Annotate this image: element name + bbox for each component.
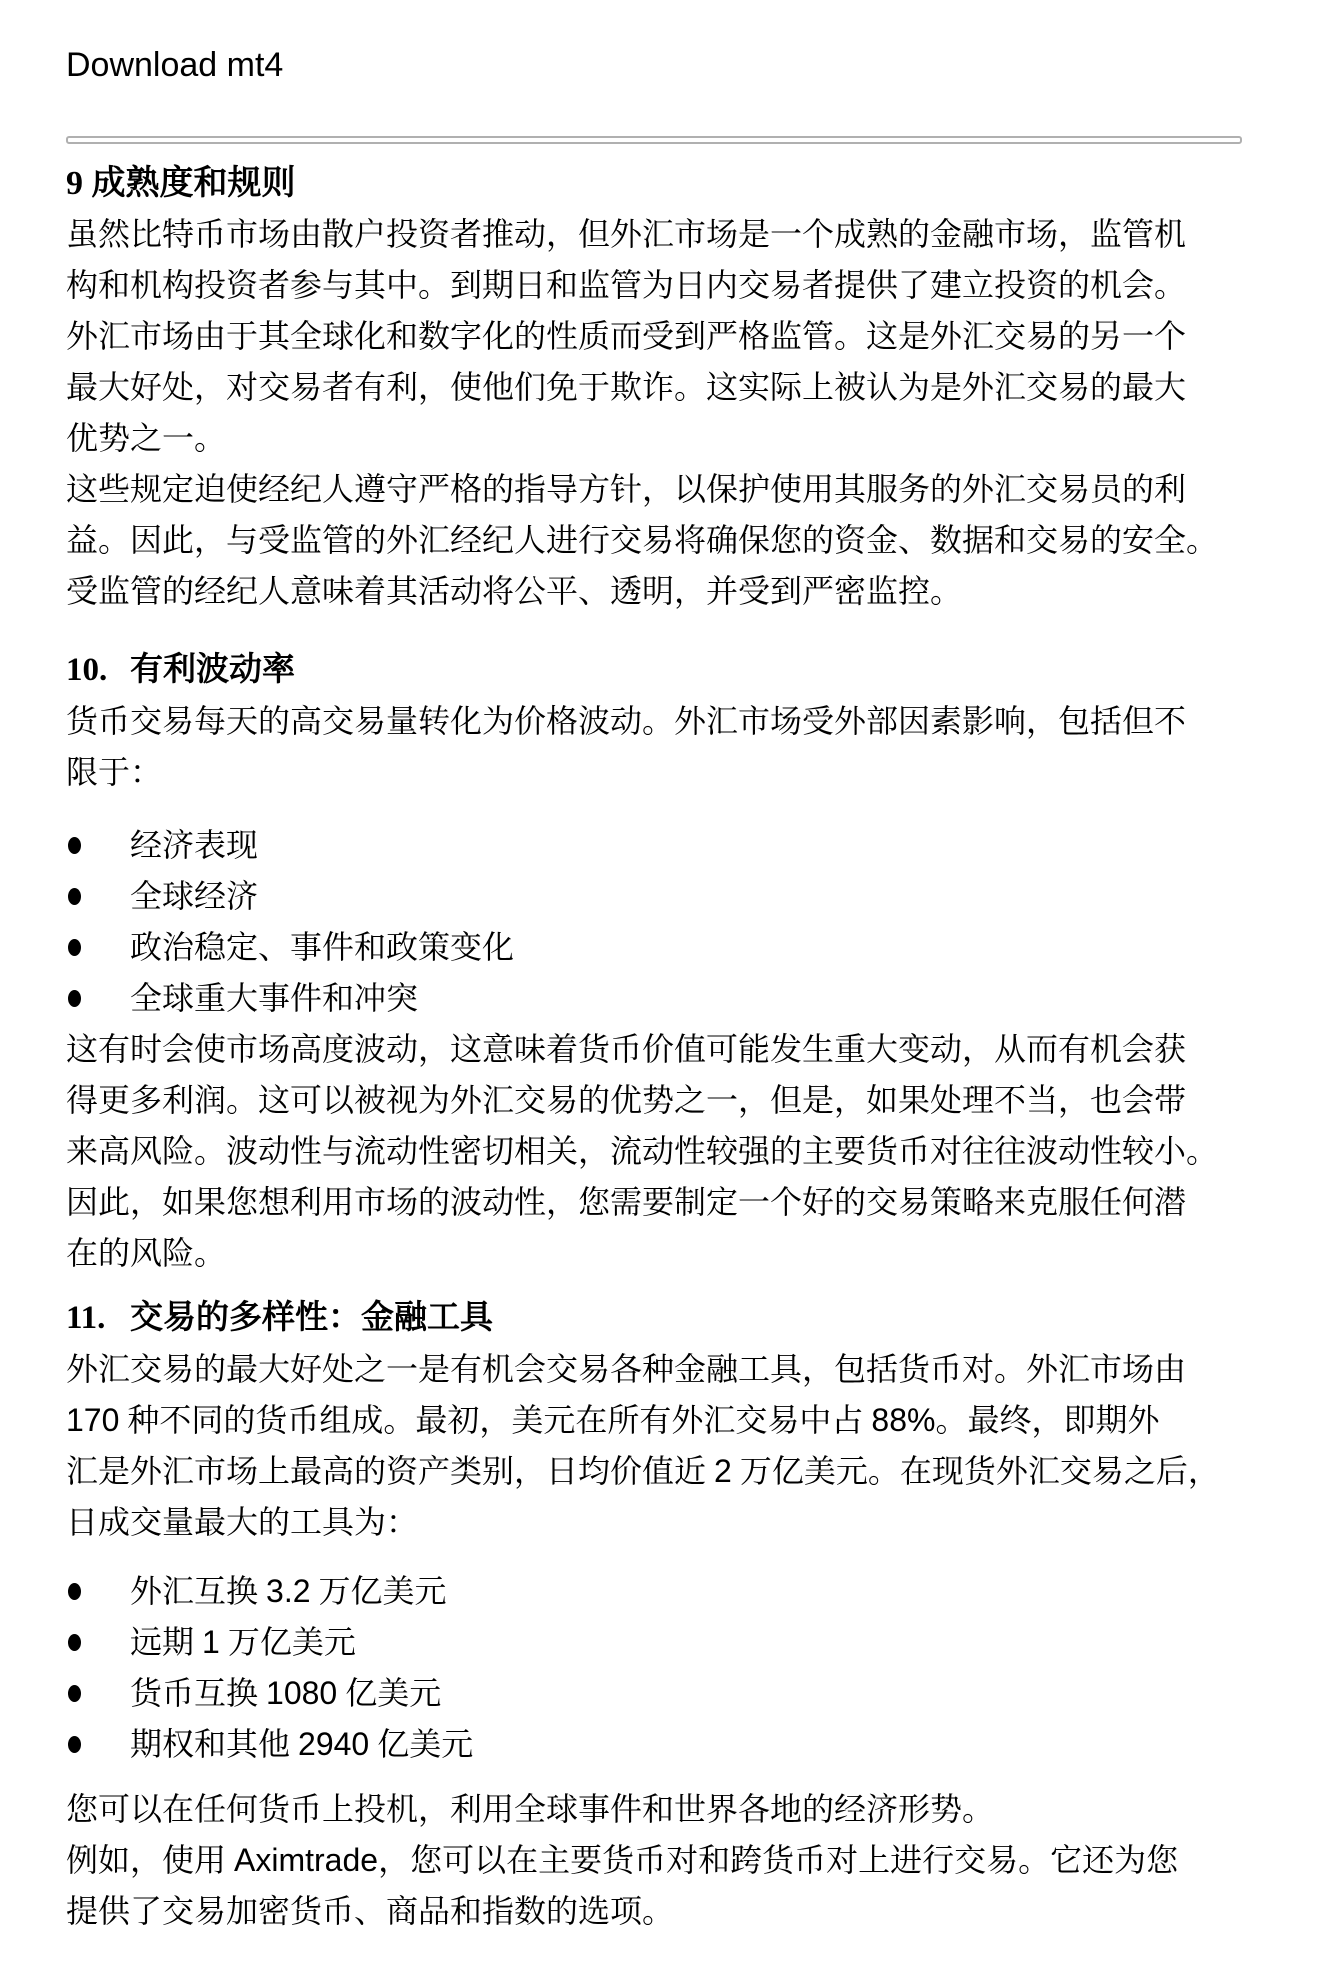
section-11-title: 交易的多样性：金融工具: [130, 1300, 493, 1336]
bullet-icon: [68, 990, 81, 1007]
horizontal-rule: [66, 136, 1242, 144]
section-10-bullet-list: 经济表现 全球经济 政治稳定、事件和政策变化 全球重大事件和冲突: [66, 820, 1242, 1024]
section-10-intro: 货币交易每天的高交易量转化为价格波动。外汇市场受外部因素影响，包括但不 限于：: [66, 696, 1242, 798]
list-item: 全球重大事件和冲突: [66, 973, 1242, 1024]
bullet-icon: [68, 1736, 81, 1753]
list-item: 货币互换 1080 亿美元: [66, 1668, 1242, 1719]
list-item-label: 全球经济: [130, 878, 258, 914]
list-item-label: 全球重大事件和冲突: [130, 980, 418, 1016]
list-item: 外汇互换 3.2 万亿美元: [66, 1566, 1242, 1617]
section-9-heading: 9 成熟度和规则: [66, 158, 1242, 209]
list-item-label: 经济表现: [130, 827, 258, 863]
list-item: 期权和其他 2940 亿美元: [66, 1719, 1242, 1770]
list-item: 远期 1 万亿美元: [66, 1617, 1242, 1668]
list-item-label: 远期 1 万亿美元: [130, 1624, 356, 1660]
bullet-icon: [68, 1634, 81, 1651]
document-page: Download mt4 9 成熟度和规则 虽然比特币市场由散户投资者推动，但外…: [0, 0, 1323, 1969]
bullet-icon: [68, 1685, 81, 1702]
list-item-label: 政治稳定、事件和政策变化: [130, 929, 514, 965]
section-9-paragraph-1: 虽然比特币市场由散户投资者推动，但外汇市场是一个成熟的金融市场，监管机 构和机构…: [66, 209, 1242, 464]
section-11-heading: 11.交易的多样性：金融工具: [66, 1293, 1242, 1344]
section-10-title: 有利波动率: [130, 652, 295, 688]
bullet-icon: [68, 888, 81, 905]
list-item: 政治稳定、事件和政策变化: [66, 922, 1242, 973]
list-item-label: 货币互换 1080 亿美元: [130, 1675, 441, 1711]
bullet-icon: [68, 1583, 81, 1600]
section-11-number: 11.: [66, 1293, 130, 1344]
section-11-paragraph-1: 您可以在任何货币上投机，利用全球事件和世界各地的经济形势。: [66, 1784, 1242, 1835]
section-11-intro: 外汇交易的最大好处之一是有机会交易各种金融工具，包括货币对。外汇市场由 170 …: [66, 1344, 1242, 1548]
section-10-paragraph: 这有时会使市场高度波动，这意味着货币价值可能发生重大变动，从而有机会获 得更多利…: [66, 1024, 1242, 1279]
list-item: 全球经济: [66, 871, 1242, 922]
section-11-paragraph-2: 例如，使用 Aximtrade，您可以在主要货币对和跨货币对上进行交易。它还为您…: [66, 1835, 1242, 1937]
list-item-label: 外汇互换 3.2 万亿美元: [130, 1573, 447, 1609]
list-item: 经济表现: [66, 820, 1242, 871]
list-item-label: 期权和其他 2940 亿美元: [130, 1726, 473, 1762]
section-11-bullet-list: 外汇互换 3.2 万亿美元 远期 1 万亿美元 货币互换 1080 亿美元 期权…: [66, 1566, 1242, 1770]
bullet-icon: [68, 837, 81, 854]
section-10-heading: 10.有利波动率: [66, 645, 1242, 696]
section-9-paragraph-2: 这些规定迫使经纪人遵守严格的指导方针，以保护使用其服务的外汇交易员的利 益。因此…: [66, 464, 1242, 617]
document-content: Download mt4 9 成熟度和规则 虽然比特币市场由散户投资者推动，但外…: [66, 46, 1242, 1937]
bullet-icon: [68, 939, 81, 956]
page-title: Download mt4: [66, 46, 1242, 84]
section-10-number: 10.: [66, 645, 130, 696]
